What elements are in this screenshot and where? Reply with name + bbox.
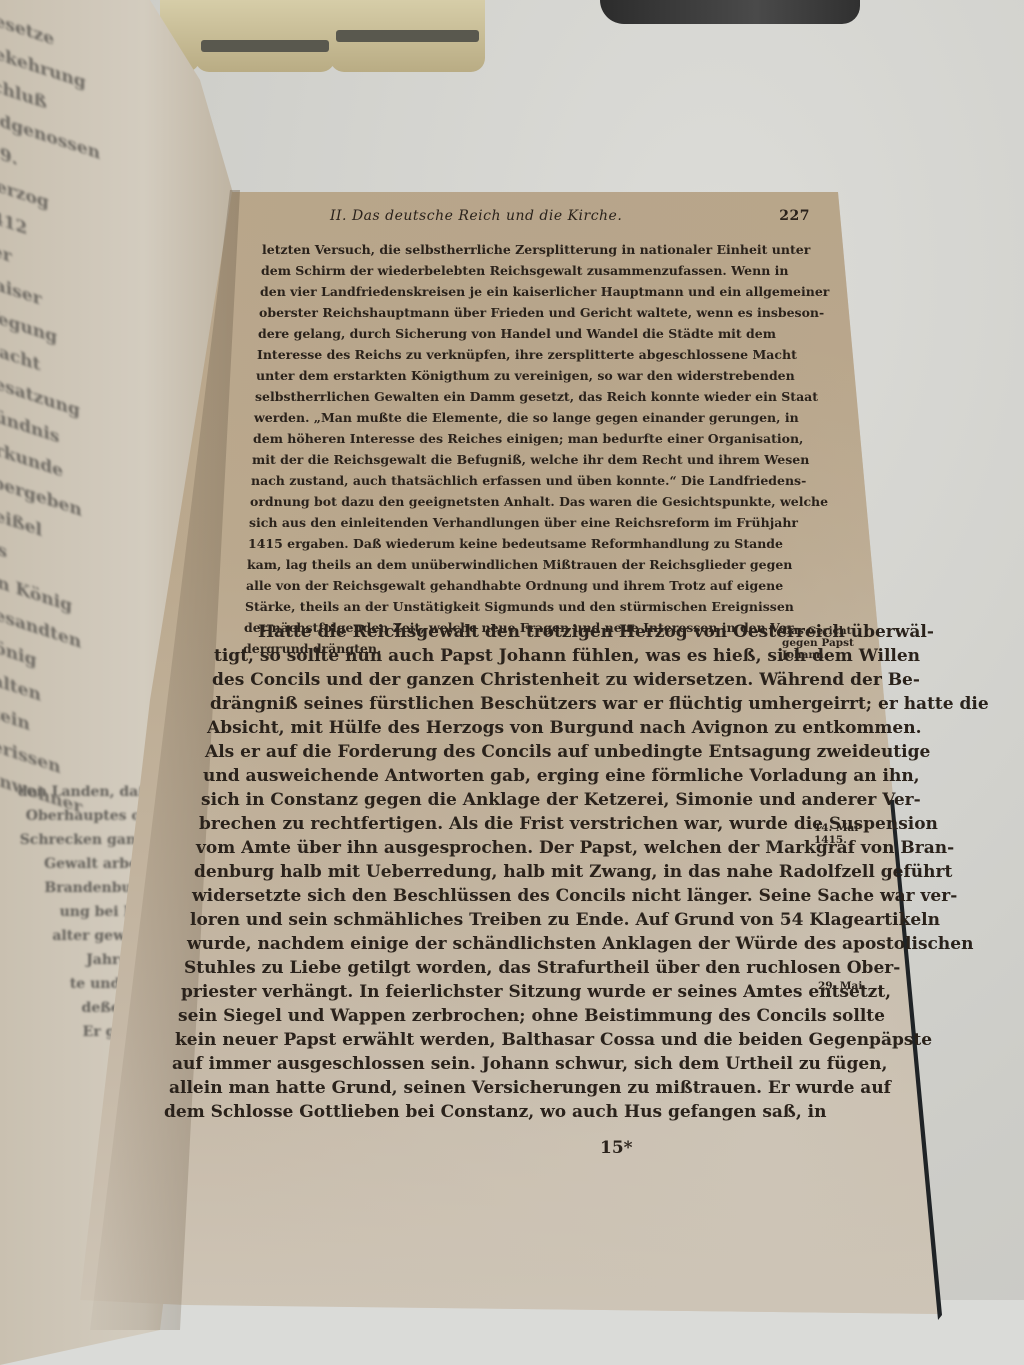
signature-mark: 15* (600, 1138, 633, 1158)
text-line: dem Schirm der wiederbelebten Reichsgewa… (261, 263, 788, 278)
text-line: sich aus den einleitenden Verhandlungen … (249, 515, 798, 530)
margin-note: Das Gericht gegen Papst Johann. (782, 625, 854, 661)
running-title: II. Das deutsche Reich und die Kirche. (330, 208, 622, 224)
text-line: werden. „Man mußte die Elemente, die so … (254, 410, 799, 425)
text-line: selbstherrlichen Gewalten ein Damm geset… (255, 389, 818, 404)
text-line: dem höheren Interesse des Reiches einige… (253, 431, 803, 446)
text-line: Stuhles zu Liebe getilgt worden, das Str… (184, 958, 900, 978)
text-line: ordnung bot dazu den geeignetsten Anhalt… (250, 494, 828, 509)
text-line: drängniß seines fürstlichen Beschützers … (210, 694, 989, 714)
text-line: letzten Versuch, die selbstherrliche Zer… (262, 242, 810, 257)
text-line: Interesse des Reichs zu verknüpfen, ihre… (257, 347, 797, 362)
text-line: sich in Constanz gegen die Anklage der K… (201, 790, 921, 810)
text-line: dere gelang, durch Sicherung von Handel … (258, 326, 776, 341)
text-line: alle von der Reichsgewalt gehandhabte Or… (246, 578, 783, 593)
text-line: wurde, nachdem einige der schändlichsten… (187, 934, 973, 954)
text-line: Absicht, mit Hülfe des Herzogs von Burgu… (207, 718, 922, 738)
text-line: Als er auf die Forderung des Concils auf… (205, 742, 930, 762)
text-line: mit der die Reichsgewalt die Befugniß, w… (252, 452, 809, 467)
text-line: nach zustand, auch thatsächlich erfassen… (251, 473, 806, 488)
text-line: denburg halb mit Ueberredung, halb mit Z… (194, 862, 952, 882)
text-line: und ausweichende Antworten gab, erging e… (203, 766, 920, 786)
text-line: Stärke, theils an der Unstätigkeit Sigmu… (245, 599, 794, 614)
margin-note: 14. Mai 1415. (814, 822, 858, 846)
text-line: priester verhängt. In feierlichster Sitz… (181, 982, 891, 1002)
text-line: auf immer ausgeschlossen sein. Johann sc… (172, 1054, 887, 1074)
text-line: kein neuer Papst erwählt werden, Balthas… (175, 1030, 932, 1050)
text-line: unter dem erstarkten Königthum zu verein… (256, 368, 795, 383)
text-line: kam, lag theils an dem unüberwindlichen … (247, 557, 792, 572)
text-line: widersetzte sich den Beschlüssen des Con… (192, 886, 957, 906)
text-line: 1415 ergaben. Daß wiederum keine bedeuts… (248, 536, 783, 551)
text-line: den vier Landfriedenskreisen je ein kais… (260, 284, 829, 299)
text-line: sein Siegel und Wappen zerbrochen; ohne … (178, 1006, 885, 1026)
text-line: dem Schlosse Gottlieben bei Constanz, wo… (164, 1102, 826, 1122)
text-line: loren und sein schmähliches Treiben zu E… (190, 910, 940, 930)
text-line: des Concils und der ganzen Christenheit … (212, 670, 920, 690)
right-page-content: II. Das deutsche Reich und die Kirche. 2… (0, 0, 1024, 1365)
margin-note: 29. Mai. (818, 980, 866, 992)
page-number: 227 (779, 208, 810, 224)
text-line: oberster Reichshauptmann über Frieden un… (259, 305, 824, 320)
text-line: allein man hatte Grund, seinen Versicher… (169, 1078, 891, 1098)
